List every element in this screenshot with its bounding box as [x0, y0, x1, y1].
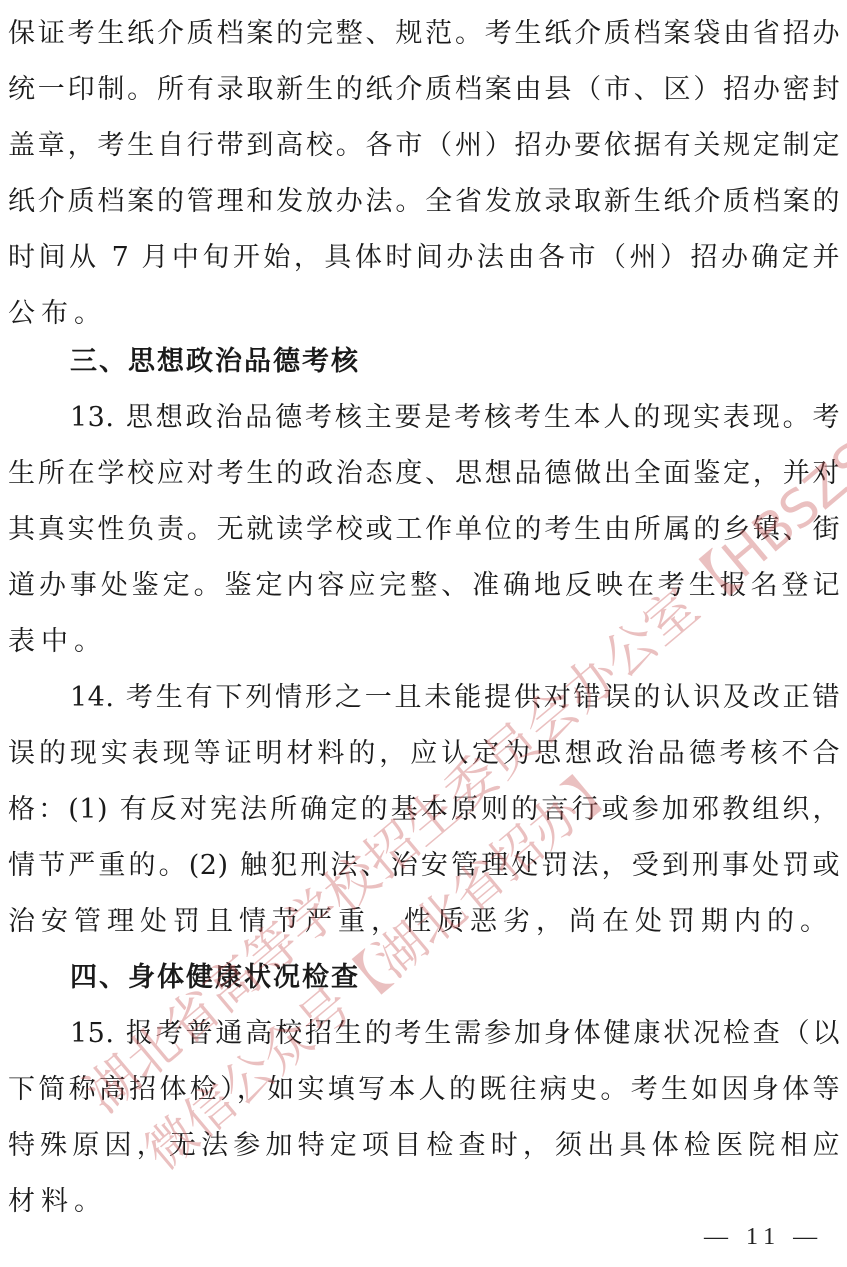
- body-line: 公布。: [8, 298, 840, 330]
- body-line: 14. 考生有下列情形之一且未能提供对错误的认识及改正错: [70, 682, 840, 714]
- body-line: 生所在学校应对考生的政治态度、思想品德做出全面鉴定，并对: [8, 458, 840, 490]
- body-line: 下简称高招体检），如实填写本人的既往病史。考生如因身体等: [8, 1074, 840, 1106]
- body-line: 其真实性负责。无就读学校或工作单位的考生由所属的乡镇、街: [8, 514, 840, 546]
- body-line: 材料。: [8, 1186, 840, 1218]
- document-page: 保证考生纸介质档案的完整、规范。考生纸介质档案袋由省招办 统一印制。所有录取新生…: [0, 0, 847, 1267]
- body-line: 统一印制。所有录取新生的纸介质档案由县（市、区）招办密封: [8, 74, 840, 106]
- section-heading-3: 三、思想政治品德考核: [70, 346, 360, 378]
- body-line: 13. 思想政治品德考核主要是考核考生本人的现实表现。考: [70, 402, 840, 434]
- body-line: 特殊原因，无法参加特定项目检查时，须出具体检医院相应: [8, 1130, 840, 1162]
- body-line: 治安管理处罚且情节严重，性质恶劣，尚在处罚期内的。: [8, 906, 840, 938]
- body-line: 表中。: [8, 626, 840, 658]
- body-line: 格：(1) 有反对宪法所确定的基本原则的言行或参加邪教组织，: [8, 794, 840, 826]
- body-line: 误的现实表现等证明材料的，应认定为思想政治品德考核不合: [8, 738, 840, 770]
- body-line: 15. 报考普通高校招生的考生需参加身体健康状况检查（以: [70, 1018, 840, 1050]
- body-line: 纸介质档案的管理和发放办法。全省发放录取新生纸介质档案的: [8, 186, 840, 218]
- section-heading-4: 四、身体健康状况检查: [70, 962, 360, 994]
- body-line: 盖章，考生自行带到高校。各市（州）招办要依据有关规定制定: [8, 130, 840, 162]
- body-line: 保证考生纸介质档案的完整、规范。考生纸介质档案袋由省招办: [8, 18, 840, 50]
- body-line: 道办事处鉴定。鉴定内容应完整、准确地反映在考生报名登记: [8, 570, 840, 602]
- page-number: — 11 —: [704, 1222, 823, 1252]
- body-line: 情节严重的。(2) 触犯刑法、治安管理处罚法，受到刑事处罚或: [8, 850, 840, 882]
- body-line: 时间从 7 月中旬开始，具体时间办法由各市（州）招办确定并: [8, 242, 840, 274]
